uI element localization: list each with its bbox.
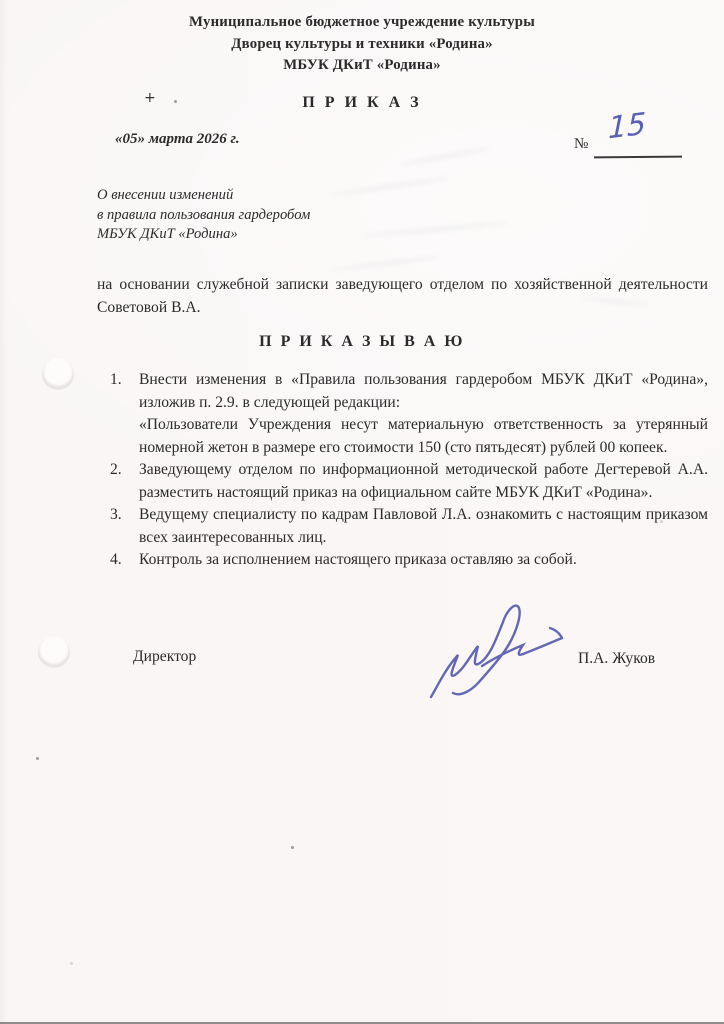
subject-line-1: О внесении изменений <box>97 186 310 206</box>
bleed-through-artifact <box>330 255 440 271</box>
subject-line-3: МБУК ДКиТ «Родина» <box>97 225 310 245</box>
scan-speck <box>70 962 73 965</box>
bleed-through-artifact <box>360 221 510 237</box>
item-number: 3. <box>110 504 139 549</box>
order-subject: О внесении изменений в правила пользован… <box>97 186 310 245</box>
bleed-through-artifact <box>330 177 449 197</box>
director-signature-ink <box>426 600 571 705</box>
item-number: 4. <box>110 549 139 572</box>
item-text: Контроль за исполнением настоящего прика… <box>139 549 708 572</box>
item-1-quote: «Пользователи Учреждения несут материаль… <box>139 414 708 459</box>
bleed-through-artifact <box>400 147 489 166</box>
resolution-heading: П Р И К А З Ы В А Ю <box>0 333 724 351</box>
order-basis-paragraph: на основании служебной записки заведующе… <box>97 274 708 319</box>
order-item-2: 2. Заведующему отделом по информационной… <box>110 459 708 504</box>
order-item-3: 3. Ведущему специалисту по кадрам Павлов… <box>110 504 708 549</box>
item-text: Заведующему отделом по информационной ме… <box>139 459 708 504</box>
item-number: 1. <box>110 369 139 459</box>
scan-speck <box>660 520 663 523</box>
scan-speck <box>291 846 294 849</box>
letterhead-line-1: Муниципальное бюджетное учреждение культ… <box>0 12 724 34</box>
letterhead: Муниципальное бюджетное учреждение культ… <box>0 12 724 77</box>
item-text: Ведущему специалисту по кадрам Павловой … <box>139 504 708 549</box>
scanned-order-document: Муниципальное бюджетное учреждение культ… <box>0 0 724 1024</box>
signature-position-label: Директор <box>133 648 196 666</box>
order-number-handwritten: 15 <box>608 110 646 145</box>
order-number-underline <box>594 156 682 159</box>
letterhead-line-2: Дворец культуры и техники «Родина» <box>0 34 724 56</box>
item-1-text: Внести изменения в «Правила пользования … <box>139 369 708 414</box>
order-number-label: № <box>574 136 588 153</box>
signature-name: П.А. Жуков <box>578 650 655 668</box>
hole-punch-top <box>42 358 74 390</box>
order-date: «05» марта 2026 г. <box>115 131 240 148</box>
item-text: Внести изменения в «Правила пользования … <box>139 369 708 459</box>
subject-line-2: в правила пользования гардеробом <box>97 206 310 226</box>
order-items-list: 1. Внести изменения в «Правила пользован… <box>110 369 708 572</box>
item-number: 2. <box>110 459 139 504</box>
hole-punch-bottom <box>38 636 70 668</box>
order-item-1: 1. Внести изменения в «Правила пользован… <box>110 369 708 459</box>
order-item-4: 4. Контроль за исполнением настоящего пр… <box>110 549 708 572</box>
letterhead-line-3: МБУК ДКиТ «Родина» <box>0 55 724 77</box>
scan-speck <box>36 757 39 760</box>
